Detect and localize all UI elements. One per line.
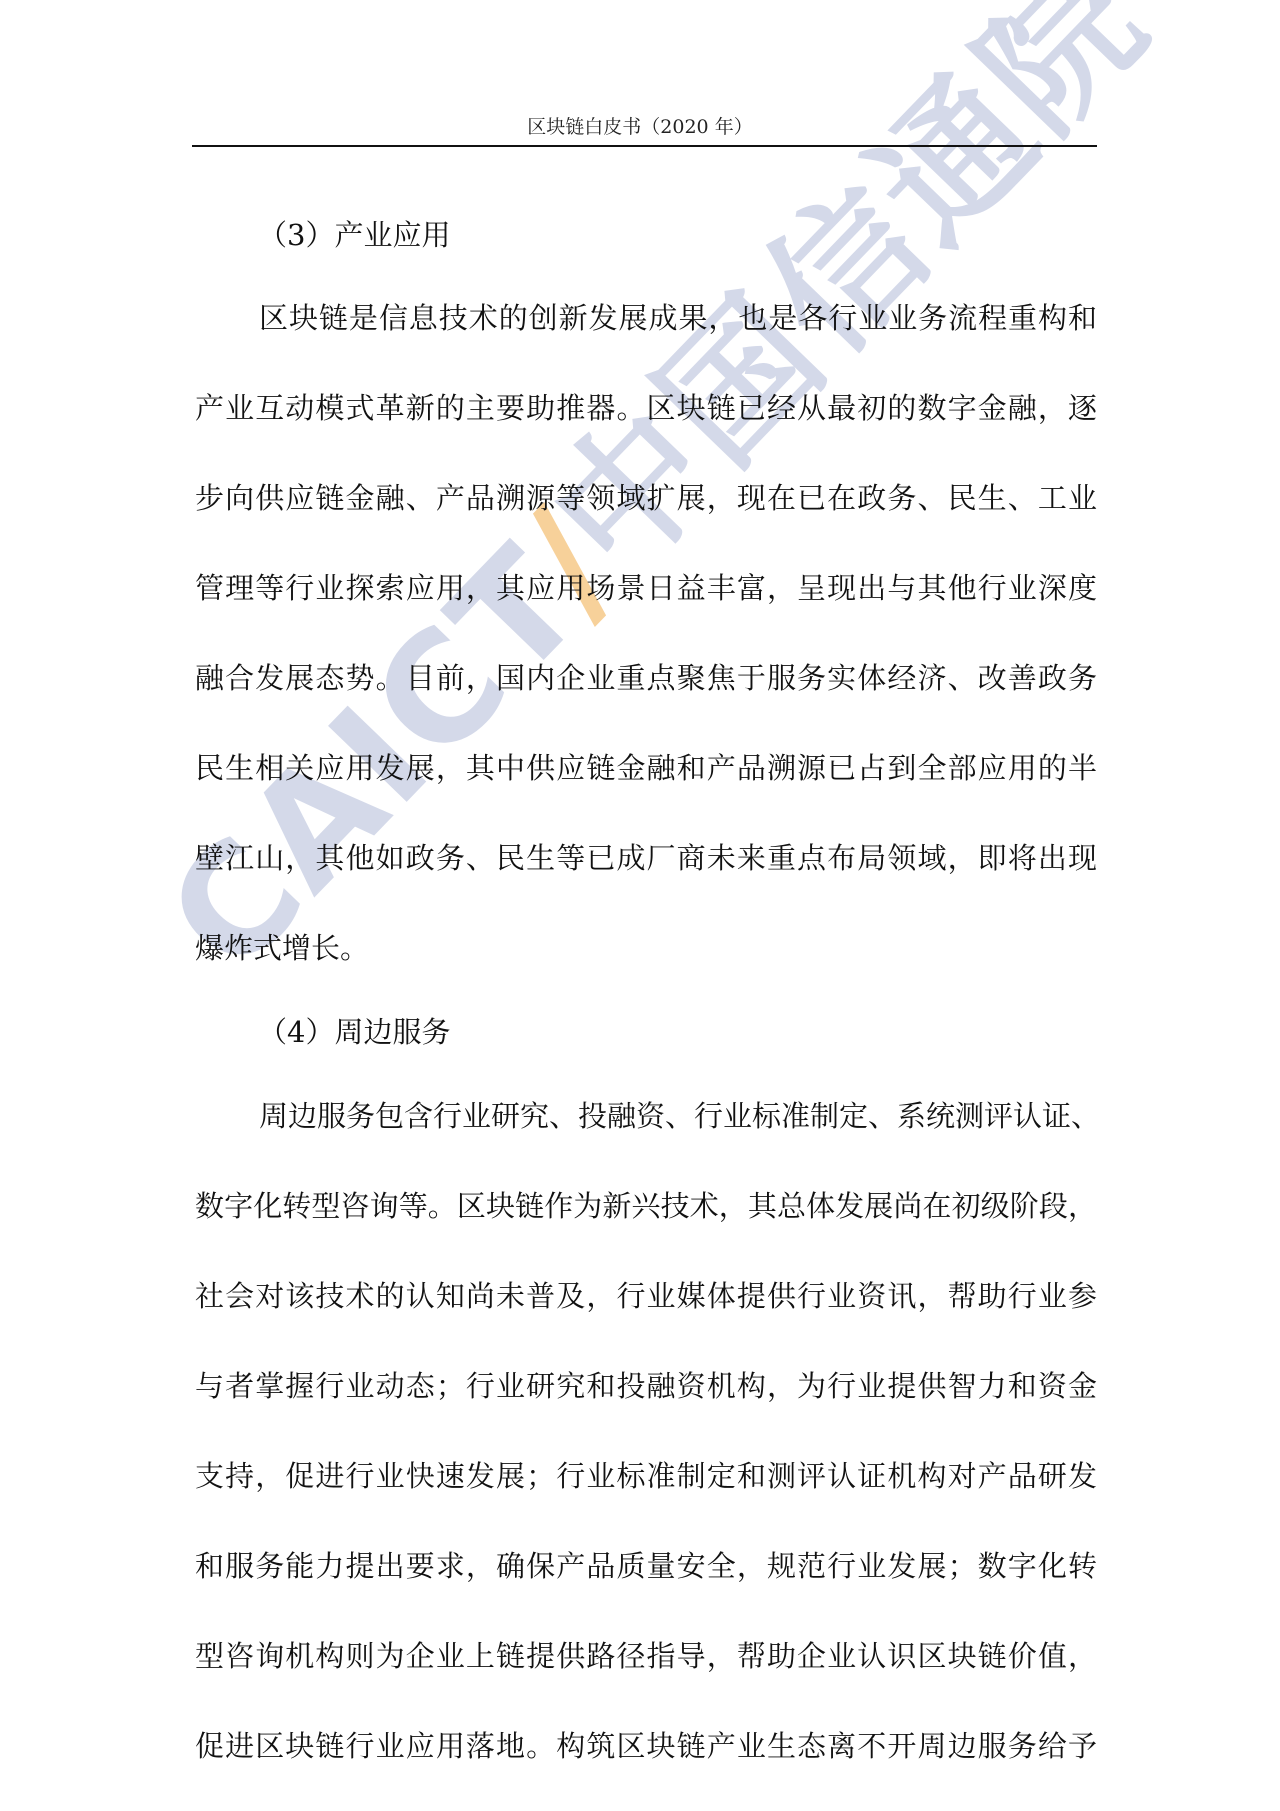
paragraph-line: 社会对该技术的认知尚未普及，行业媒体提供行业资讯，帮助行业参 [195, 1276, 1097, 1316]
paragraph-line: 步向供应链金融、产品溯源等领域扩展，现在已在政务、民生、工业 [195, 478, 1097, 518]
paragraph-line: 支持，促进行业快速发展；行业标准制定和测评认证机构对产品研发 [195, 1456, 1097, 1496]
paragraph-line: 促进区块链行业应用落地。构筑区块链产业生态离不开周边服务给予 [195, 1726, 1097, 1766]
subheading-peripheral-services: （4）周边服务 [258, 1012, 450, 1052]
paragraph-line: 和服务能力提出要求，确保产品质量安全，规范行业发展；数字化转 [195, 1546, 1097, 1586]
paragraph-line: 数字化转型咨询等。区块链作为新兴技术，其总体发展尚在初级阶段， [195, 1186, 1097, 1226]
paragraph-line: 爆炸式增长。 [195, 928, 1097, 968]
paragraph-line: 周边服务包含行业研究、投融资、行业标准制定、系统测评认证、 [259, 1096, 1097, 1136]
paragraph-line: 壁江山，其他如政务、民生等已成厂商未来重点布局领域，即将出现 [195, 838, 1097, 878]
paragraph-line: 民生相关应用发展，其中供应链金融和产品溯源已占到全部应用的半 [195, 748, 1097, 788]
paragraph-line: 融合发展态势。目前，国内企业重点聚焦于服务实体经济、改善政务 [195, 658, 1097, 698]
paragraph-line: 管理等行业探索应用，其应用场景日益丰富，呈现出与其他行业深度 [195, 568, 1097, 608]
header-divider [192, 145, 1097, 147]
paragraph-line: 产业互动模式革新的主要助推器。区块链已经从最初的数字金融，逐 [195, 388, 1097, 428]
running-header: 区块链白皮书（2020 年） [0, 112, 1280, 139]
paragraph-line: 型咨询机构则为企业上链提供路径指导，帮助企业认识区块链价值， [195, 1636, 1097, 1676]
document-page: 区块链白皮书（2020 年） （3）产业应用 区块链是信息技术的创新发展成果，也… [0, 0, 1280, 1811]
paragraph-line: 区块链是信息技术的创新发展成果，也是各行业业务流程重构和 [259, 298, 1097, 338]
subheading-industry-application: （3）产业应用 [258, 215, 450, 255]
paragraph-line: 与者掌握行业动态；行业研究和投融资机构，为行业提供智力和资金 [195, 1366, 1097, 1406]
